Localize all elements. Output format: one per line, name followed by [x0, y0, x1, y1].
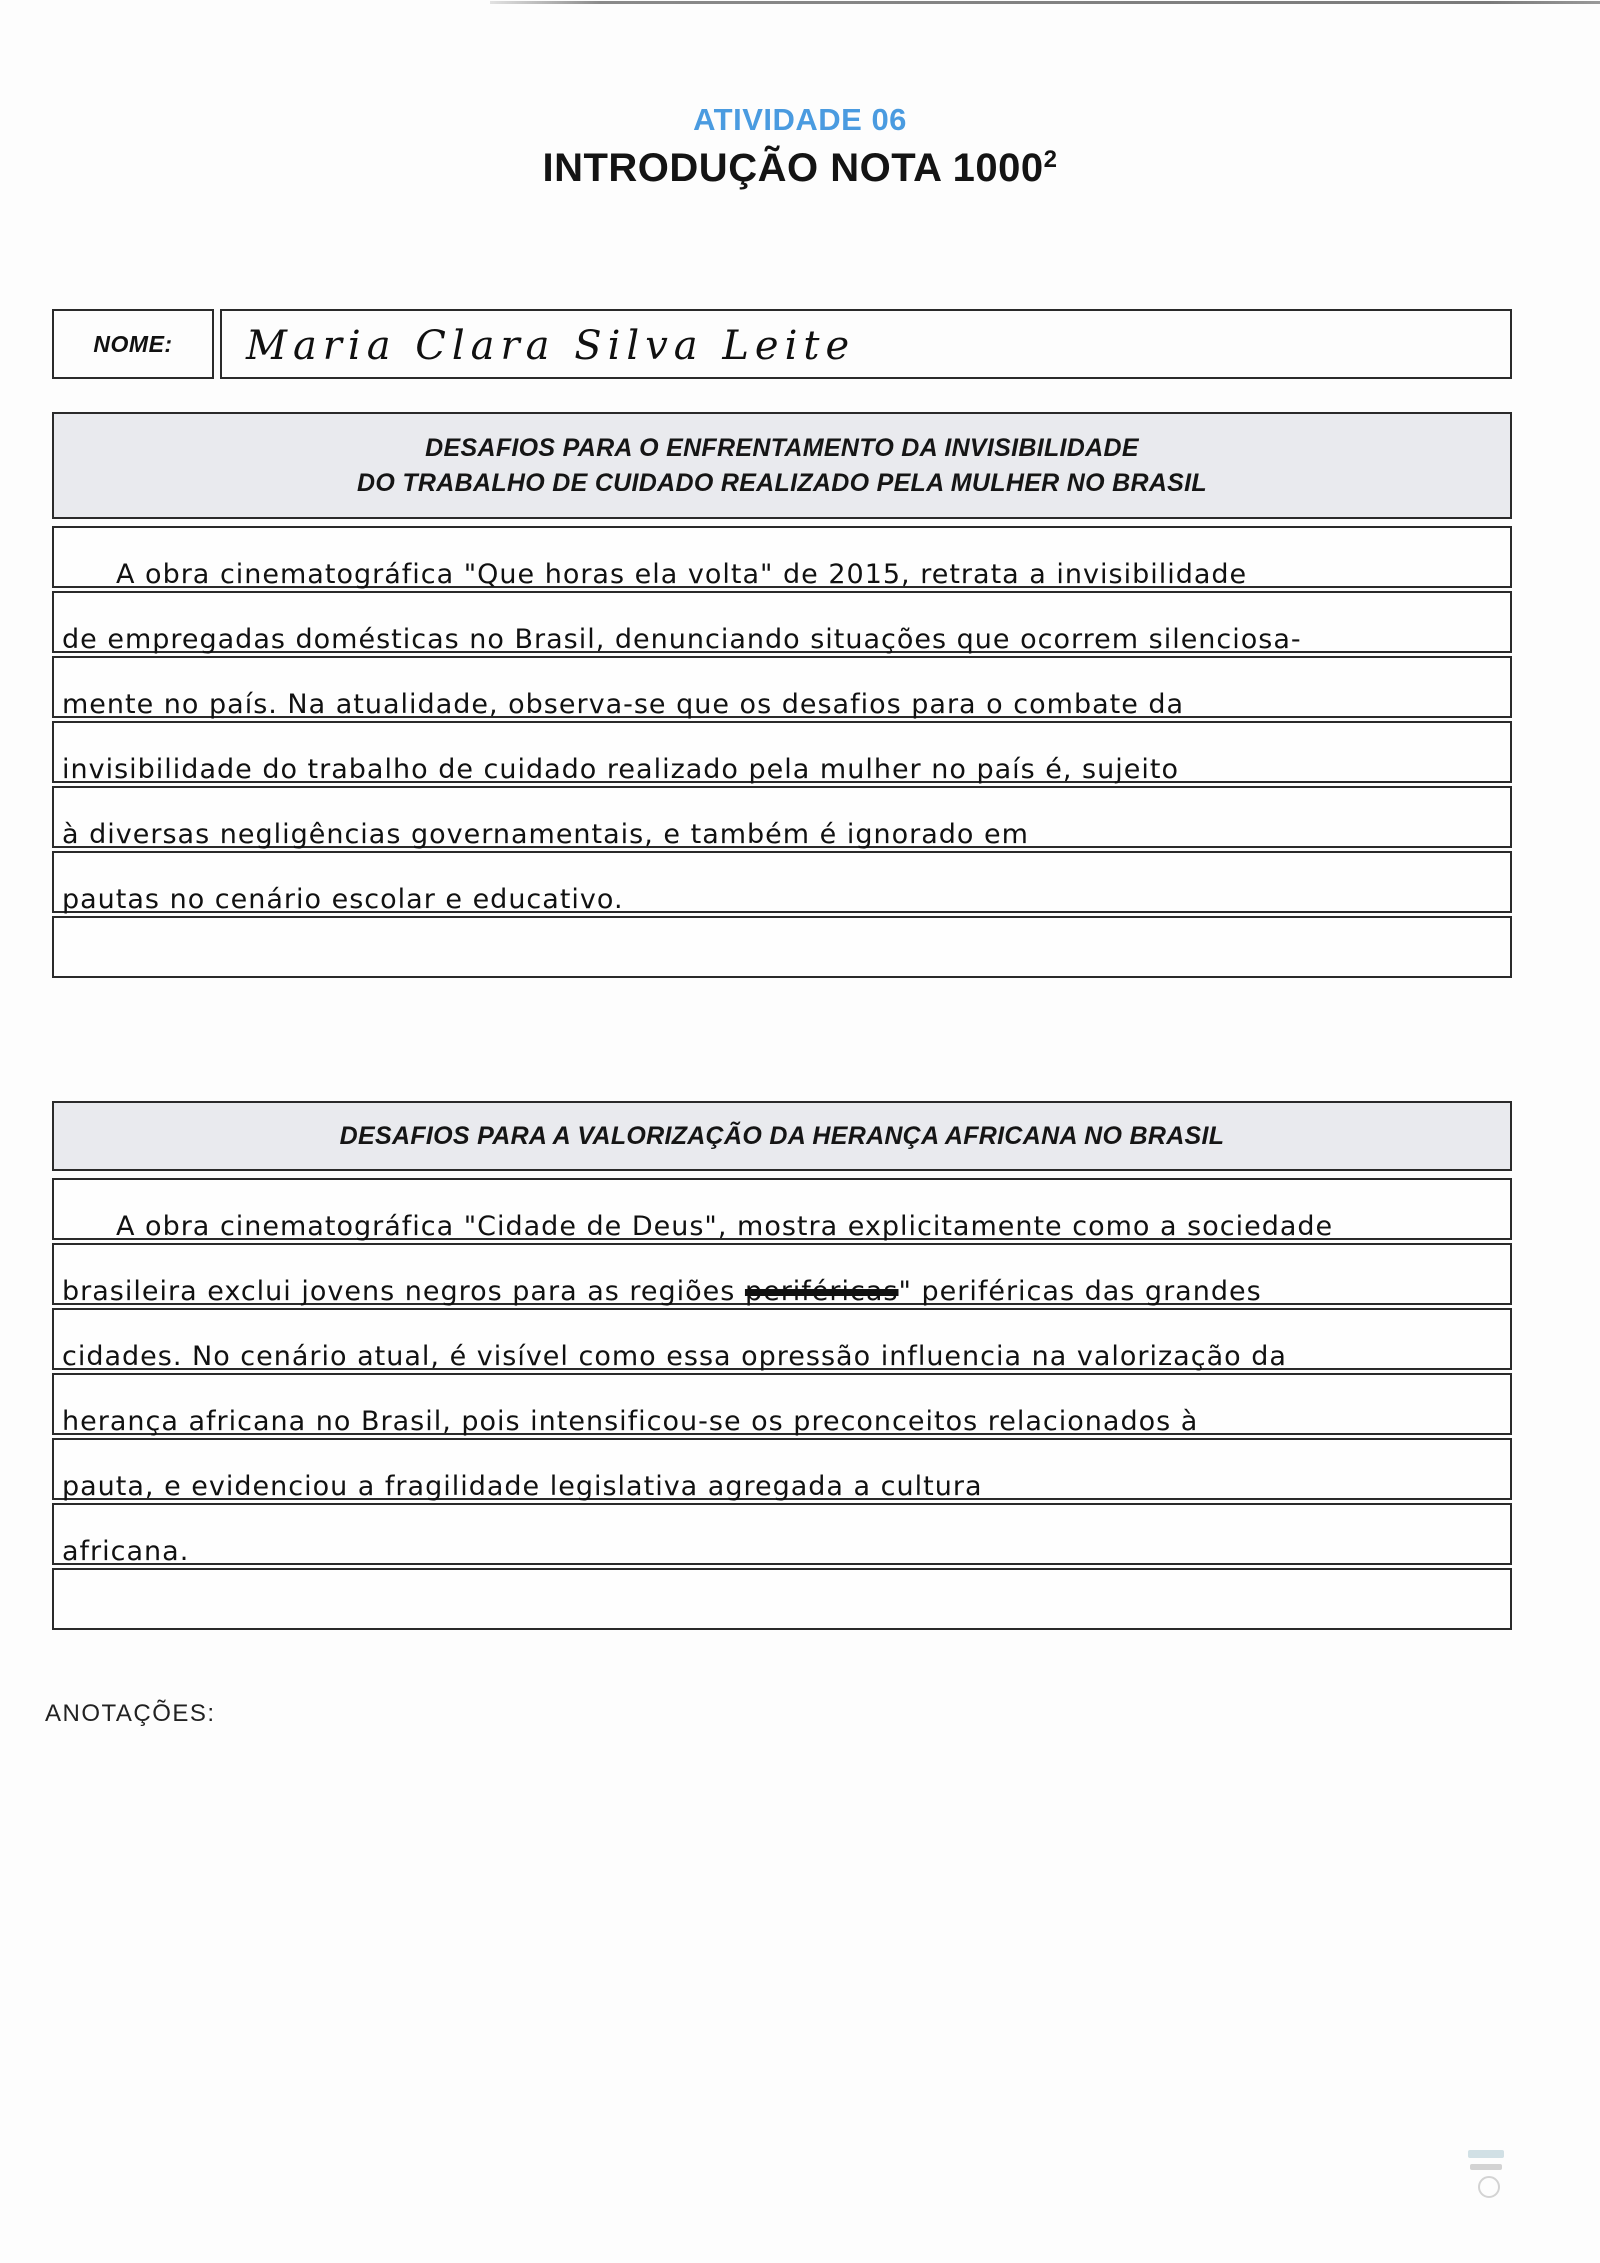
writing-line[interactable]: africana. [52, 1503, 1512, 1565]
writing-line[interactable]: mente no país. Na atualidade, observa-se… [52, 656, 1512, 718]
scan-top-edge-line [490, 1, 1600, 4]
handwritten-text: pauta, e evidenciou a fragilidade legisl… [62, 1471, 1502, 1502]
writing-line[interactable]: A obra cinematográfica "Cidade de Deus",… [52, 1178, 1512, 1240]
writing-line[interactable]: brasileira exclui jovens negros para as … [52, 1243, 1512, 1305]
writing-line[interactable]: invisibilidade do trabalho de cuidado re… [52, 721, 1512, 783]
page-title-text: INTRODUÇÃO NOTA 1000 [542, 146, 1043, 190]
writing-line[interactable]: à diversas negligências governamentais, … [52, 786, 1512, 848]
handwritten-text: brasileira exclui jovens negros para as … [62, 1276, 1502, 1307]
page-title: INTRODUÇÃO NOTA 10002 [0, 146, 1600, 191]
handwritten-text: cidades. No cenário atual, é visível com… [62, 1341, 1502, 1372]
handwritten-text: pautas no cenário escolar e educativo. [62, 884, 1502, 915]
handwritten-text: africana. [62, 1536, 1502, 1567]
handwritten-text: mente no país. Na atualidade, observa-se… [62, 689, 1502, 720]
faded-stamp-icon [1468, 2150, 1508, 2205]
name-value: Maria Clara Silva Leite [246, 323, 855, 369]
section-1-title-line-2: DO TRABALHO DE CUIDADO REALIZADO PELA MU… [357, 466, 1207, 501]
stamp-mark-circle [1478, 2176, 1500, 2198]
writing-line[interactable]: de empregadas domésticas no Brasil, denu… [52, 591, 1512, 653]
section-1-title-line-1: DESAFIOS PARA O ENFRENTAMENTO DA INVISIB… [425, 431, 1139, 466]
section-1-header: DESAFIOS PARA O ENFRENTAMENTO DA INVISIB… [52, 412, 1512, 519]
handwritten-text: herança africana no Brasil, pois intensi… [62, 1406, 1502, 1437]
handwritten-text-continuation: " periféricas das grandes [898, 1276, 1261, 1307]
handwritten-text: A obra cinematográfica "Cidade de Deus",… [116, 1211, 1502, 1242]
writing-line[interactable] [52, 1568, 1512, 1630]
name-label-box: NOME: [52, 309, 214, 379]
writing-line[interactable]: pauta, e evidenciou a fragilidade legisl… [52, 1438, 1512, 1500]
section-2-title: DESAFIOS PARA A VALORIZAÇÃO DA HERANÇA A… [340, 1119, 1225, 1154]
name-label: NOME: [54, 331, 212, 358]
stamp-mark-middle [1470, 2164, 1502, 2170]
name-field[interactable]: Maria Clara Silva Leite [220, 309, 1512, 379]
page-title-superscript: 2 [1044, 146, 1058, 173]
section-2-writing-area[interactable]: A obra cinematográfica "Cidade de Deus",… [52, 1178, 1512, 1633]
activity-label: ATIVIDADE 06 [0, 102, 1600, 138]
section-2-header: DESAFIOS PARA A VALORIZAÇÃO DA HERANÇA A… [52, 1101, 1512, 1171]
handwritten-text: de empregadas domésticas no Brasil, denu… [62, 624, 1502, 655]
section-1-writing-area[interactable]: A obra cinematográfica "Que horas ela vo… [52, 526, 1512, 981]
notes-label: ANOTAÇÕES: [45, 1700, 216, 1728]
handwritten-text: invisibilidade do trabalho de cuidado re… [62, 754, 1502, 785]
handwritten-text-part: brasileira exclui jovens negros para as … [62, 1276, 735, 1307]
handwritten-text: à diversas negligências governamentais, … [62, 819, 1502, 850]
writing-line[interactable]: A obra cinematográfica "Que horas ela vo… [52, 526, 1512, 588]
writing-line[interactable]: cidades. No cenário atual, é visível com… [52, 1308, 1512, 1370]
stamp-mark-top [1468, 2150, 1504, 2158]
writing-line[interactable]: pautas no cenário escolar e educativo. [52, 851, 1512, 913]
writing-line[interactable] [52, 916, 1512, 978]
handwritten-text: A obra cinematográfica "Que horas ela vo… [116, 559, 1502, 590]
crossed-out-word: periféricas [745, 1276, 899, 1307]
writing-line[interactable]: herança africana no Brasil, pois intensi… [52, 1373, 1512, 1435]
